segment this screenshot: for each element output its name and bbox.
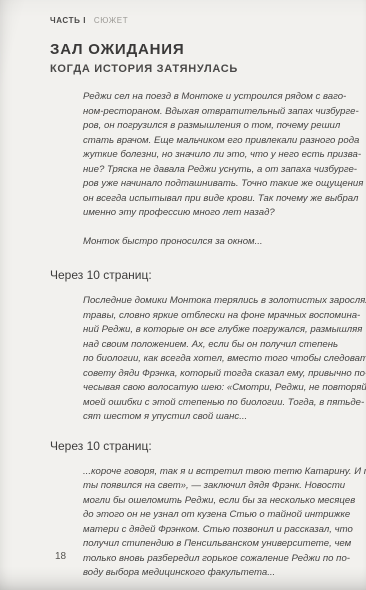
running-header-part: ЧАСТЬ I [50,16,86,25]
page-number: 18 [55,551,66,562]
chapter-subtitle: КОГДА ИСТОРИЯ ЗАТЯНУЛАСЬ [50,63,352,75]
book-page: ЧАСТЬ I СЮЖЕТ ЗАЛ ОЖИДАНИЯ КОГДА ИСТОРИЯ… [0,0,366,590]
chapter-title: ЗАЛ ОЖИДАНИЯ [50,41,352,58]
quote-paragraph-2: Последние домики Монтока терялись в золо… [83,294,352,425]
quote-paragraph-1: Реджи сел на поезд в Монтоке и устроился… [83,90,352,221]
jump-heading-1: Через 10 страниц: [50,268,352,282]
running-header: ЧАСТЬ I СЮЖЕТ [50,16,352,25]
page-content: ЧАСТЬ I СЮЖЕТ ЗАЛ ОЖИДАНИЯ КОГДА ИСТОРИЯ… [0,0,366,581]
jump-heading-2: Через 10 страниц: [50,439,352,453]
running-header-section: СЮЖЕТ [94,16,128,25]
quote-paragraph-3: ...короче говоря, так я и встретил твою … [83,465,352,581]
scene-break-line: Монток быстро проносился за окном... [83,235,352,250]
